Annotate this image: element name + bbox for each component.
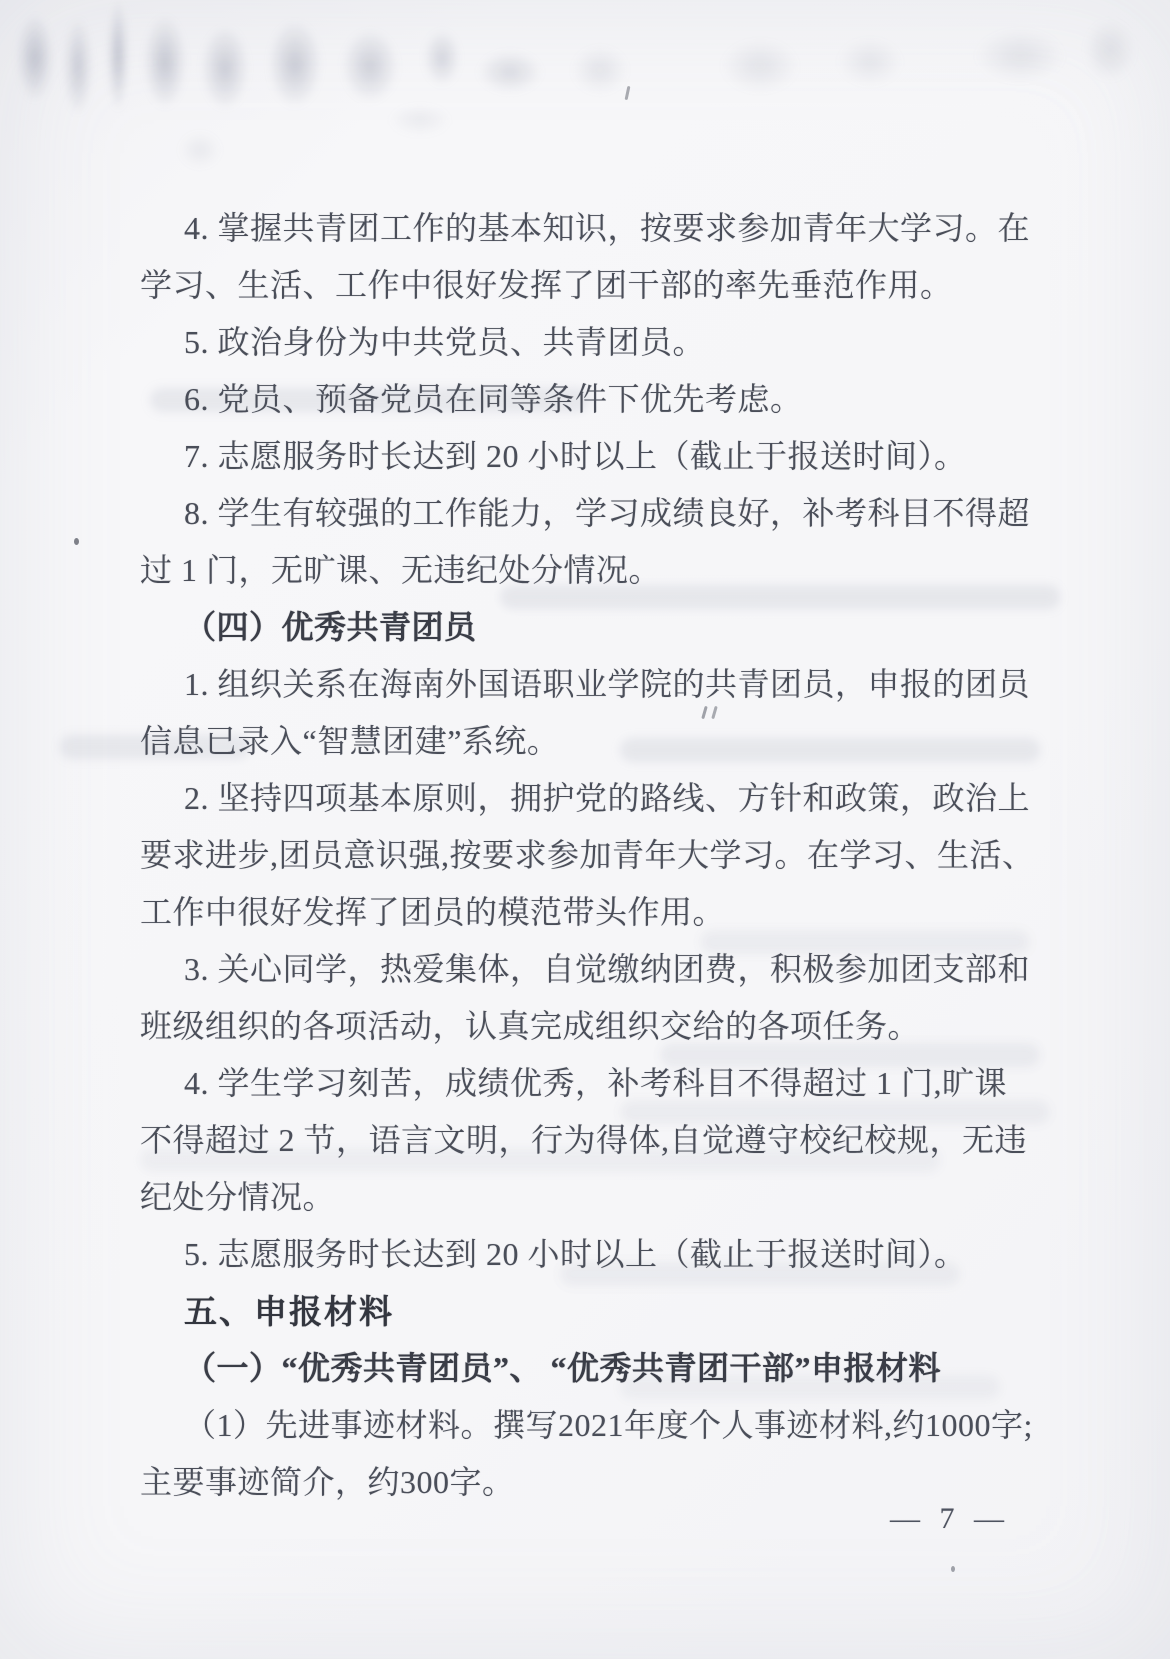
text-line: 1. 组织关系在海南外国语职业学院的共青团员，申报的团员	[140, 656, 1035, 713]
text-line: 班级组织的各项活动，认真完成组织交给的各项任务。	[140, 998, 1035, 1055]
page-number: — 7 —	[890, 1502, 1010, 1536]
text-line: 6. 党员、预备党员在同等条件下优先考虑。	[140, 371, 1035, 428]
text-line: 要求进步,团员意识强,按要求参加青年大学习。在学习、生活、	[140, 827, 1035, 884]
text-line: 4. 学生学习刻苦，成绩优秀，补考科目不得超过 1 门,旷课	[140, 1055, 1035, 1112]
text-line: 5. 政治身份为中共党员、共青团员。	[140, 314, 1035, 371]
document-body: 4. 掌握共青团工作的基本知识，按要求参加青年大学习。在学习、生活、工作中很好发…	[140, 200, 1035, 1511]
text-line: （1）先进事迹材料。撰写2021年度个人事迹材料,约1000字;	[140, 1397, 1035, 1454]
text-line: 纪处分情况。	[140, 1169, 1035, 1226]
text-line: 不得超过 2 节，语言文明，行为得体,自觉遵守校纪校规，无违	[140, 1112, 1035, 1169]
text-line: 过 1 门，无旷课、无违纪处分情况。	[140, 542, 1035, 599]
text-line: 3. 关心同学，热爱集体，自觉缴纳团费，积极参加团支部和	[140, 941, 1035, 998]
text-line: 4. 掌握共青团工作的基本知识，按要求参加青年大学习。在	[140, 200, 1035, 257]
ink-speck	[625, 86, 631, 100]
text-line: 7. 志愿服务时长达到 20 小时以上（截止于报送时间）。	[140, 428, 1035, 485]
ink-speck	[951, 1566, 955, 1572]
text-line: 五、申报材料	[140, 1283, 1035, 1340]
ink-speck	[74, 538, 79, 545]
text-line: 2. 坚持四项基本原则，拥护党的路线、方针和政策，政治上	[140, 770, 1035, 827]
text-line: 工作中很好发挥了团员的模范带头作用。	[140, 884, 1035, 941]
text-line: 学习、生活、工作中很好发挥了团干部的率先垂范作用。	[140, 257, 1035, 314]
text-line: 8. 学生有较强的工作能力，学习成绩良好，补考科目不得超	[140, 485, 1035, 542]
text-line: （一）“优秀共青团员”、 “优秀共青团干部”申报材料	[140, 1340, 1035, 1397]
text-line: 5. 志愿服务时长达到 20 小时以上（截止于报送时间）。	[140, 1226, 1035, 1283]
text-line: （四）优秀共青团员	[140, 599, 1035, 656]
scanned-document-page: 4. 掌握共青团工作的基本知识，按要求参加青年大学习。在学习、生活、工作中很好发…	[0, 0, 1170, 1659]
text-line: 信息已录入“智慧团建”系统。	[140, 713, 1035, 770]
